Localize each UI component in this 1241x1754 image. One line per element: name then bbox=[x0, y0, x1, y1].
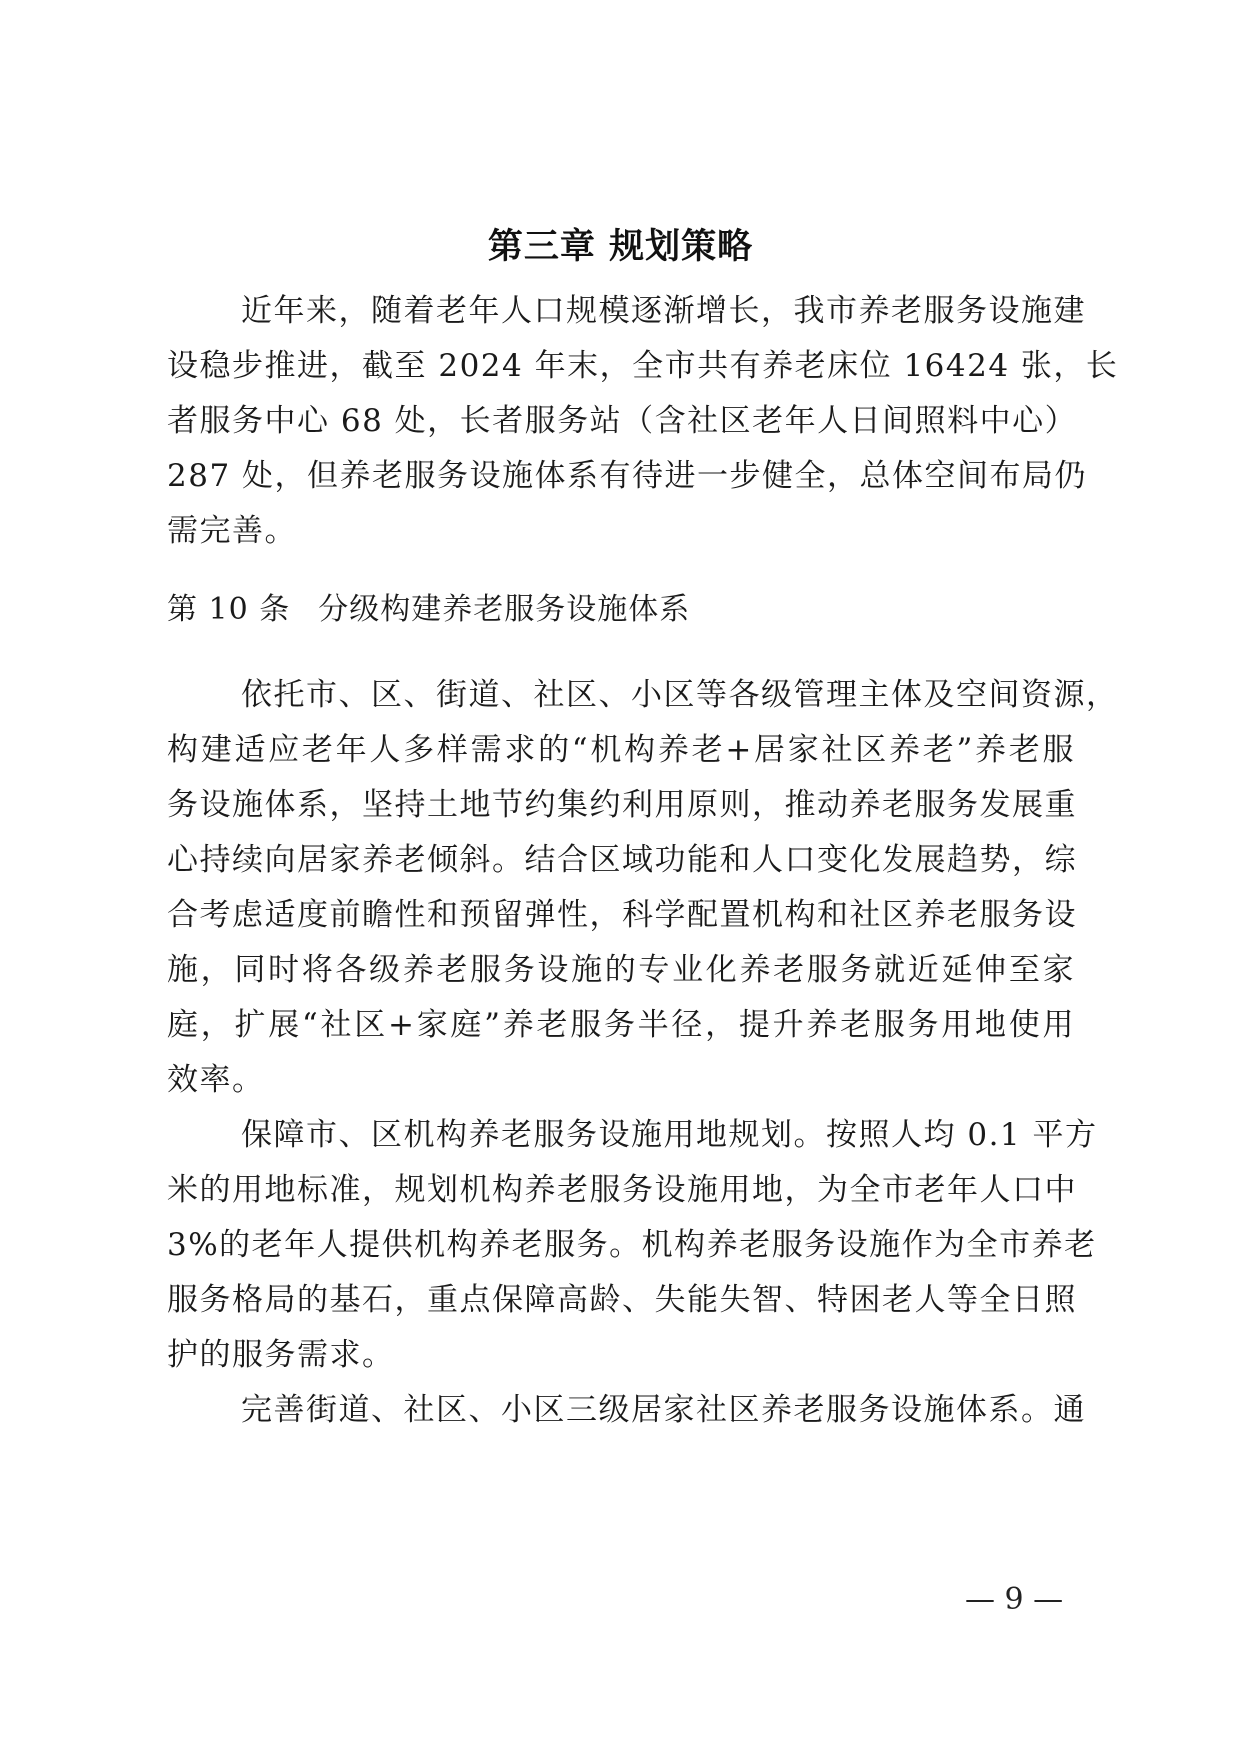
text-line: 者服务中心 68 处，长者服务站（含社区老年人日间照料中心） bbox=[167, 394, 1075, 449]
paragraph-3: 完善街道、社区、小区三级居家社区养老服务设施体系。通 bbox=[167, 1383, 1075, 1438]
clause-heading: 第 10 条分级构建养老服务设施体系 bbox=[167, 590, 690, 630]
clause-title: 分级构建养老服务设施体系 bbox=[318, 592, 690, 627]
text-line: 287 处，但养老服务设施体系有待进一步健全，总体空间布局仍 bbox=[167, 449, 1075, 504]
intro-paragraph: 近年来，随着老年人口规模逐渐增长，我市养老服务设施建 设稳步推进，截至 2024… bbox=[167, 284, 1075, 559]
text-line: 庭，扩展“社区+家庭”养老服务半径，提升养老服务用地使用 bbox=[167, 998, 1075, 1053]
text-line: 设稳步推进，截至 2024 年末，全市共有养老床位 16424 张，长 bbox=[167, 339, 1075, 394]
document-page: 第三章 规划策略 近年来，随着老年人口规模逐渐增长，我市养老服务设施建 设稳步推… bbox=[0, 0, 1241, 1754]
text-line: 效率。 bbox=[167, 1053, 1075, 1108]
text-line: 保障市、区机构养老服务设施用地规划。按照人均 0.1 平方 bbox=[167, 1108, 1075, 1163]
text-line: 3%的老年人提供机构养老服务。机构养老服务设施作为全市养老 bbox=[167, 1218, 1075, 1273]
clause-number: 第 10 条 bbox=[167, 592, 290, 627]
text-line: 依托市、区、街道、社区、小区等各级管理主体及空间资源， bbox=[167, 668, 1075, 723]
paragraph-2: 保障市、区机构养老服务设施用地规划。按照人均 0.1 平方 米的用地标准，规划机… bbox=[167, 1108, 1075, 1383]
page-number: — 9 — bbox=[965, 1580, 1063, 1620]
text-line: 施，同时将各级养老服务设施的专业化养老服务就近延伸至家 bbox=[167, 943, 1075, 998]
text-line: 构建适应老年人多样需求的“机构养老+居家社区养老”养老服 bbox=[167, 723, 1075, 778]
text-line: 近年来，随着老年人口规模逐渐增长，我市养老服务设施建 bbox=[167, 284, 1075, 339]
chapter-title: 第三章 规划策略 bbox=[0, 222, 1241, 272]
text-line: 服务格局的基石，重点保障高龄、失能失智、特困老人等全日照 bbox=[167, 1273, 1075, 1328]
text-line: 务设施体系，坚持土地节约集约利用原则，推动养老服务发展重 bbox=[167, 778, 1075, 833]
text-line: 需完善。 bbox=[167, 504, 1075, 559]
text-line: 米的用地标准，规划机构养老服务设施用地，为全市老年人口中 bbox=[167, 1163, 1075, 1218]
text-line: 护的服务需求。 bbox=[167, 1328, 1075, 1383]
text-line: 合考虑适度前瞻性和预留弹性，科学配置机构和社区养老服务设 bbox=[167, 888, 1075, 943]
paragraph-1: 依托市、区、街道、社区、小区等各级管理主体及空间资源， 构建适应老年人多样需求的… bbox=[167, 668, 1075, 1108]
text-line: 完善街道、社区、小区三级居家社区养老服务设施体系。通 bbox=[167, 1383, 1075, 1438]
text-line: 心持续向居家养老倾斜。结合区域功能和人口变化发展趋势，综 bbox=[167, 833, 1075, 888]
